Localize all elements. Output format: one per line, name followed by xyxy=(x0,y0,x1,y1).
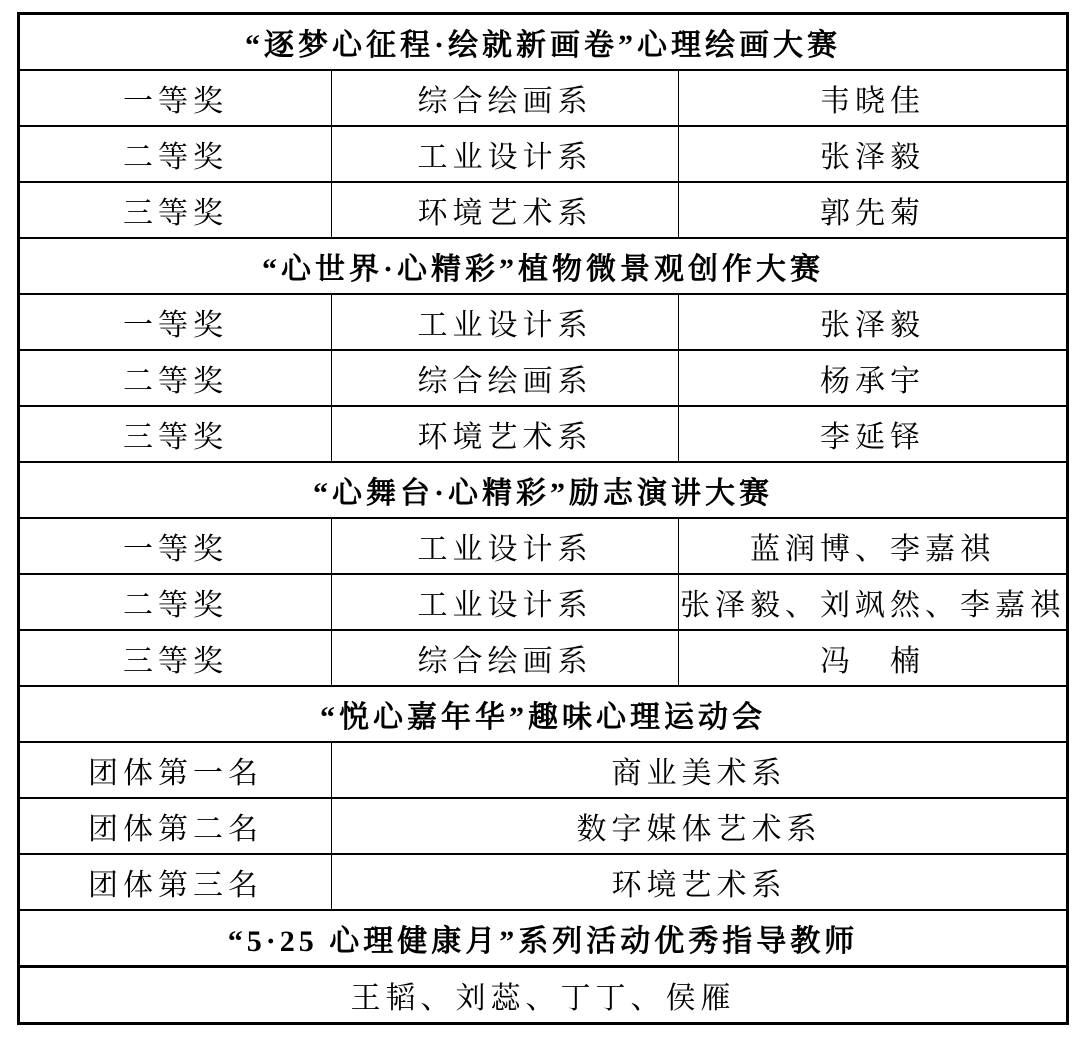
team-rank-cell: 团体第一名 xyxy=(19,742,332,798)
winner-cell: 张泽毅 xyxy=(679,126,1068,182)
award-row: 一等奖 工业设计系 张泽毅 xyxy=(19,294,1068,350)
team-department-cell: 商业美术系 xyxy=(332,742,1068,798)
department-cell: 工业设计系 xyxy=(332,294,679,350)
award-row: 三等奖 综合绘画系 冯 楠 xyxy=(19,630,1068,686)
award-row: 一等奖 工业设计系 蓝润博、李嘉祺 xyxy=(19,518,1068,574)
award-row: 二等奖 综合绘画系 杨承宇 xyxy=(19,350,1068,406)
award-row: 团体第二名 数字媒体艺术系 xyxy=(19,798,1068,854)
team-rank-cell: 团体第三名 xyxy=(19,854,332,910)
section-title: “心世界·心精彩”植物微景观创作大赛 xyxy=(19,238,1068,294)
teachers-cell: 王韬、刘蕊、丁丁、侯雁 xyxy=(19,967,1068,1024)
section-title-row: “逐梦心征程·绘就新画卷”心理绘画大赛 xyxy=(19,14,1068,71)
award-cell: 二等奖 xyxy=(19,350,332,406)
award-row: 一等奖 综合绘画系 韦晓佳 xyxy=(19,70,1068,126)
document-page: “逐梦心征程·绘就新画卷”心理绘画大赛 一等奖 综合绘画系 韦晓佳 二等奖 工业… xyxy=(0,0,1084,1049)
award-cell: 二等奖 xyxy=(19,126,332,182)
award-row: 二等奖 工业设计系 张泽毅、刘飒然、李嘉祺 xyxy=(19,574,1068,630)
section-title: “悦心嘉年华”趣味心理运动会 xyxy=(19,686,1068,742)
section-title: “5·25 心理健康月”系列活动优秀指导教师 xyxy=(19,910,1068,967)
section-title-row: “5·25 心理健康月”系列活动优秀指导教师 xyxy=(19,910,1068,967)
department-cell: 工业设计系 xyxy=(332,518,679,574)
winner-cell: 杨承宇 xyxy=(679,350,1068,406)
award-row: 团体第一名 商业美术系 xyxy=(19,742,1068,798)
award-row: 二等奖 工业设计系 张泽毅 xyxy=(19,126,1068,182)
section-title: “逐梦心征程·绘就新画卷”心理绘画大赛 xyxy=(19,14,1068,71)
section-title-row: “心舞台·心精彩”励志演讲大赛 xyxy=(19,462,1068,518)
awards-table: “逐梦心征程·绘就新画卷”心理绘画大赛 一等奖 综合绘画系 韦晓佳 二等奖 工业… xyxy=(17,12,1069,1025)
section-title-row: “心世界·心精彩”植物微景观创作大赛 xyxy=(19,238,1068,294)
award-cell: 一等奖 xyxy=(19,70,332,126)
winner-cell: 郭先菊 xyxy=(679,182,1068,238)
winner-cell: 李延铎 xyxy=(679,406,1068,462)
award-cell: 三等奖 xyxy=(19,182,332,238)
department-cell: 综合绘画系 xyxy=(332,630,679,686)
department-cell: 环境艺术系 xyxy=(332,182,679,238)
award-cell: 一等奖 xyxy=(19,294,332,350)
winner-cell: 张泽毅 xyxy=(679,294,1068,350)
award-cell: 一等奖 xyxy=(19,518,332,574)
team-department-cell: 环境艺术系 xyxy=(332,854,1068,910)
winner-cell: 蓝润博、李嘉祺 xyxy=(679,518,1068,574)
team-department-cell: 数字媒体艺术系 xyxy=(332,798,1068,854)
department-cell: 综合绘画系 xyxy=(332,350,679,406)
winner-cell: 冯 楠 xyxy=(679,630,1068,686)
department-cell: 环境艺术系 xyxy=(332,406,679,462)
department-cell: 工业设计系 xyxy=(332,574,679,630)
winner-cell: 韦晓佳 xyxy=(679,70,1068,126)
department-cell: 综合绘画系 xyxy=(332,70,679,126)
award-row: 三等奖 环境艺术系 李延铎 xyxy=(19,406,1068,462)
award-row: 团体第三名 环境艺术系 xyxy=(19,854,1068,910)
winner-cell: 张泽毅、刘飒然、李嘉祺 xyxy=(679,574,1068,630)
teachers-row: 王韬、刘蕊、丁丁、侯雁 xyxy=(19,967,1068,1024)
award-cell: 二等奖 xyxy=(19,574,332,630)
award-row: 三等奖 环境艺术系 郭先菊 xyxy=(19,182,1068,238)
department-cell: 工业设计系 xyxy=(332,126,679,182)
team-rank-cell: 团体第二名 xyxy=(19,798,332,854)
award-cell: 三等奖 xyxy=(19,406,332,462)
section-title-row: “悦心嘉年华”趣味心理运动会 xyxy=(19,686,1068,742)
section-title: “心舞台·心精彩”励志演讲大赛 xyxy=(19,462,1068,518)
award-cell: 三等奖 xyxy=(19,630,332,686)
